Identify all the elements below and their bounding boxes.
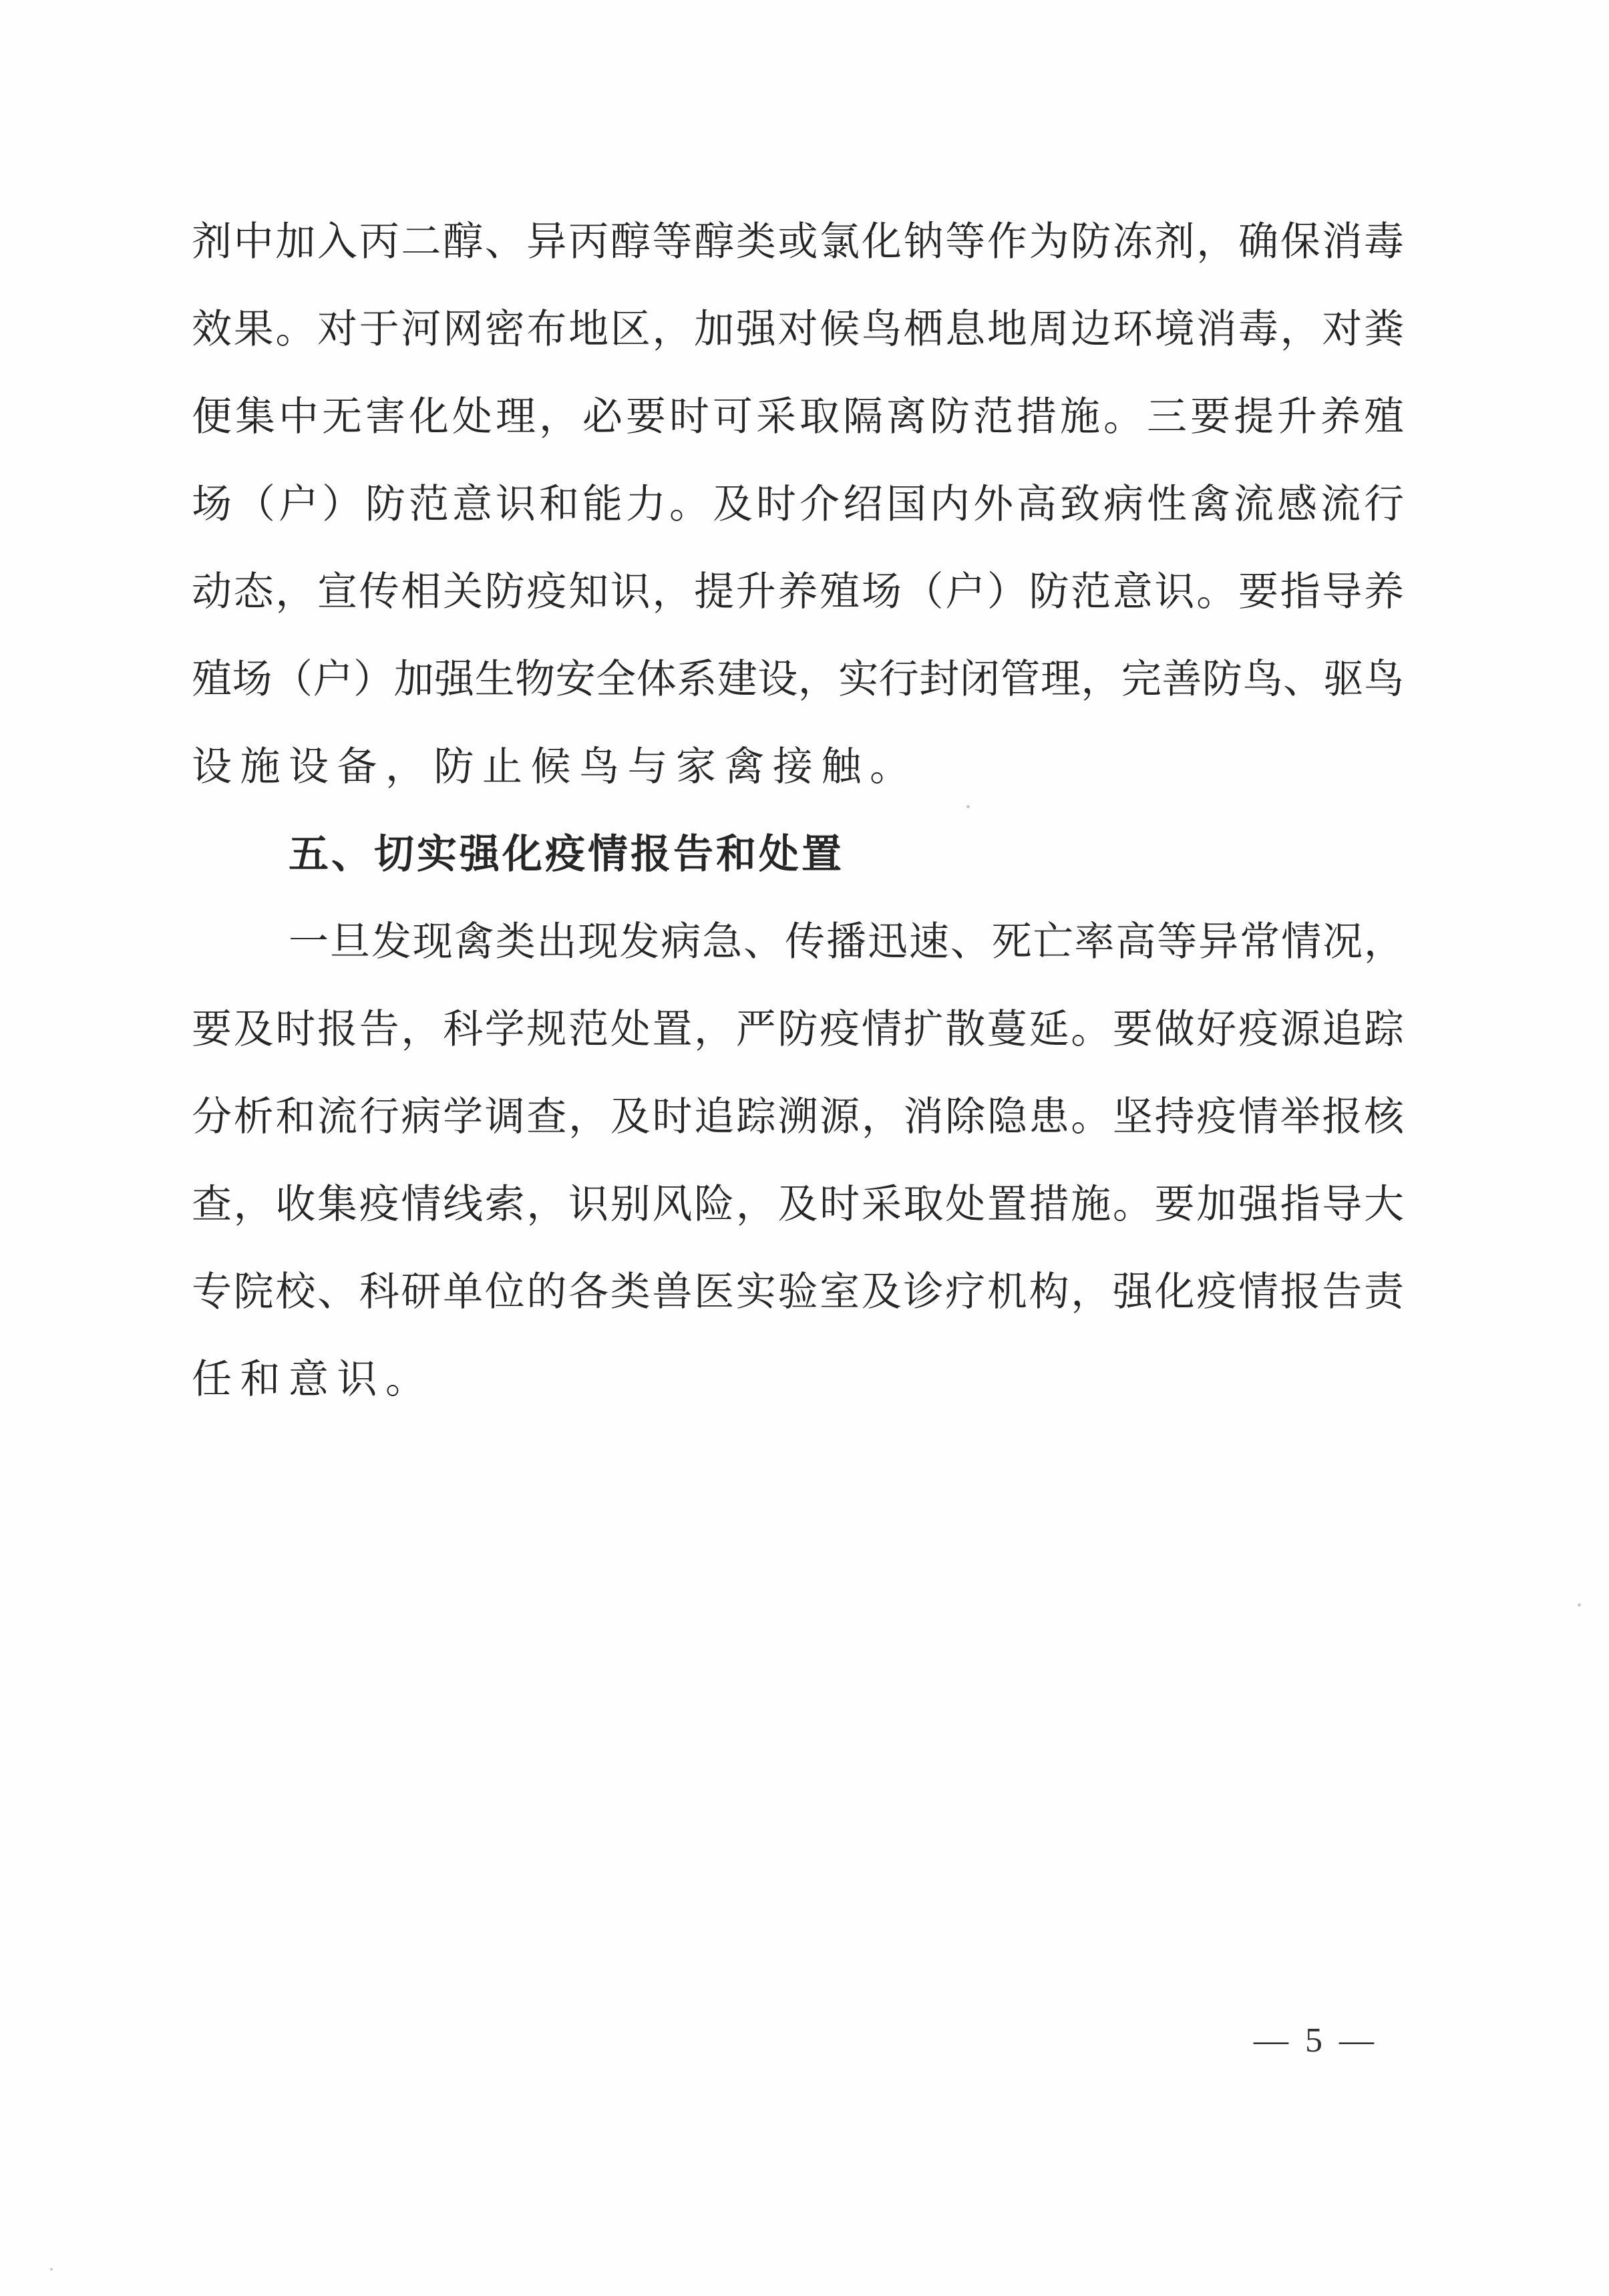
text-line: 分析和流行病学调查，及时追踪溯源，消除隐患。坚持疫情举报核 <box>192 1074 1404 1161</box>
text-line: 殖场（户）加强生物安全体系建设，实行封闭管理，完善防鸟、驱鸟 <box>192 636 1404 723</box>
text-line: 任和意识。 <box>192 1336 1404 1424</box>
document-page: 剂中加入丙二醇、异丙醇等醇类或氯化钠等作为防冻剂，确保消毒 效果。对于河网密布地… <box>0 0 1609 2296</box>
page-number: — 5 — <box>1246 2021 1386 2060</box>
scan-speck <box>50 2268 53 2271</box>
paragraph-continued: 剂中加入丙二醇、异丙醇等醇类或氯化钠等作为防冻剂，确保消毒 效果。对于河网密布地… <box>192 198 1404 1424</box>
text-line: 一旦发现禽类出现发病急、传播迅速、死亡率高等异常情况， <box>192 898 1404 986</box>
scan-speck <box>1578 1603 1581 1607</box>
text-line: 效果。对于河网密布地区，加强对候鸟栖息地周边环境消毒，对粪 <box>192 286 1404 373</box>
text-line: 查，收集疫情线索，识别风险，及时采取处置措施。要加强指导大 <box>192 1161 1404 1249</box>
text-line: 场（户）防范意识和能力。及时介绍国内外高致病性禽流感流行 <box>192 461 1404 548</box>
text-line: 设施设备，防止候鸟与家禽接触。 <box>192 723 1404 811</box>
text-line: 专院校、科研单位的各类兽医实验室及诊疗机构，强化疫情报告责 <box>192 1249 1404 1336</box>
text-line: 便集中无害化处理，必要时可采取隔离防范措施。三要提升养殖 <box>192 373 1404 461</box>
text-line: 剂中加入丙二醇、异丙醇等醇类或氯化钠等作为防冻剂，确保消毒 <box>192 198 1404 286</box>
scan-speck <box>966 805 970 808</box>
text-line: 动态，宣传相关防疫知识，提升养殖场（户）防范意识。要指导养 <box>192 548 1404 636</box>
text-line: 要及时报告，科学规范处置，严防疫情扩散蔓延。要做好疫源追踪 <box>192 986 1404 1074</box>
section-heading: 五、切实强化疫情报告和处置 <box>192 811 1404 898</box>
